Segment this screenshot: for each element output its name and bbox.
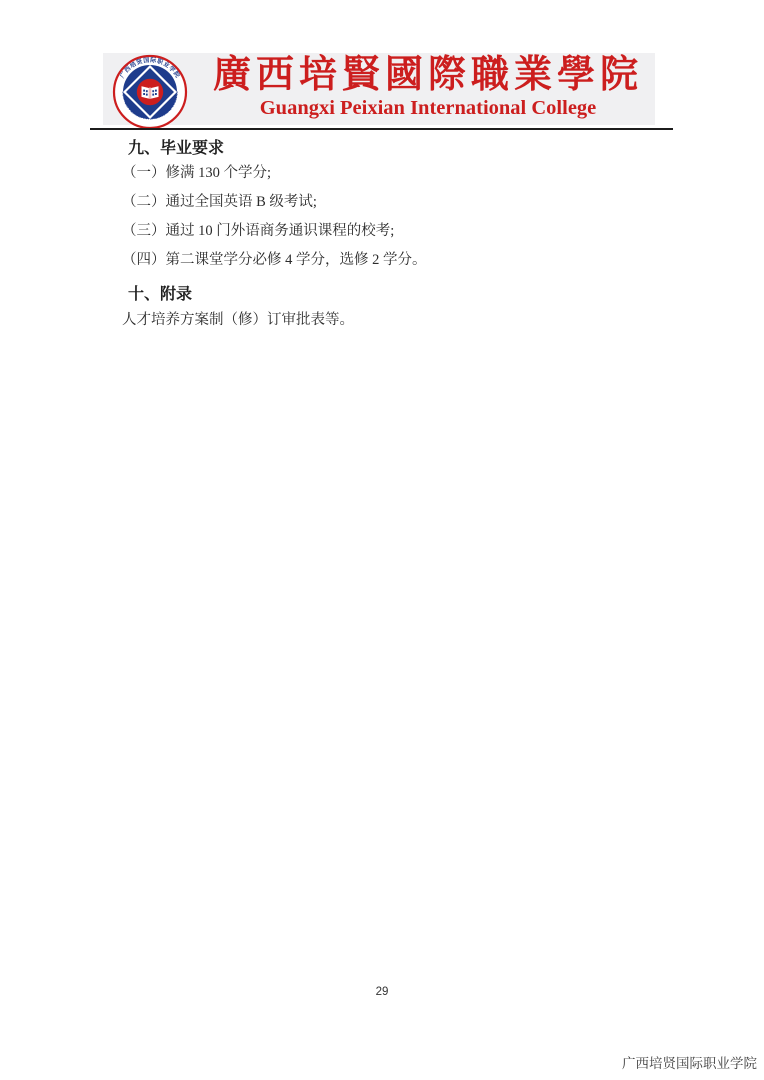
requirement-item-1: （一）修满 130 个学分; bbox=[122, 163, 642, 183]
college-logo-icon: 广西培贤国际职业学院 GUANGXI PEIXIAN INTERNATIONAL… bbox=[112, 54, 188, 130]
graduation-requirements-list: （一）修满 130 个学分; （二）通过全国英语 B 级考试; （三）通过 10… bbox=[122, 163, 642, 279]
college-title-chinese: 廣西培賢國際職業學院 bbox=[207, 54, 649, 96]
requirement-item-4: （四）第二课堂学分必修 4 学分，选修 2 学分。 bbox=[122, 250, 642, 270]
section-heading-appendix: 十、附录 bbox=[128, 285, 192, 305]
page-number: 29 bbox=[0, 986, 764, 998]
requirement-item-2: （二）通过全国英语 B 级考试; bbox=[122, 192, 642, 212]
document-page: 广西培贤国际职业学院 GUANGXI PEIXIAN INTERNATIONAL… bbox=[0, 0, 764, 1080]
college-title-english: Guangxi Peixian International College bbox=[207, 96, 649, 120]
college-header: 广西培贤国际职业学院 GUANGXI PEIXIAN INTERNATIONAL… bbox=[103, 53, 655, 125]
section-heading-graduation-requirements: 九、毕业要求 bbox=[128, 139, 224, 159]
footer-college-name: 广西培贤国际职业学院 bbox=[622, 1052, 757, 1072]
header-divider bbox=[90, 128, 673, 130]
appendix-text: 人才培养方案制（修）订审批表等。 bbox=[122, 310, 354, 330]
requirement-item-3: （三）通过 10 门外语商务通识课程的校考; bbox=[122, 221, 642, 241]
book-icon bbox=[142, 86, 159, 99]
